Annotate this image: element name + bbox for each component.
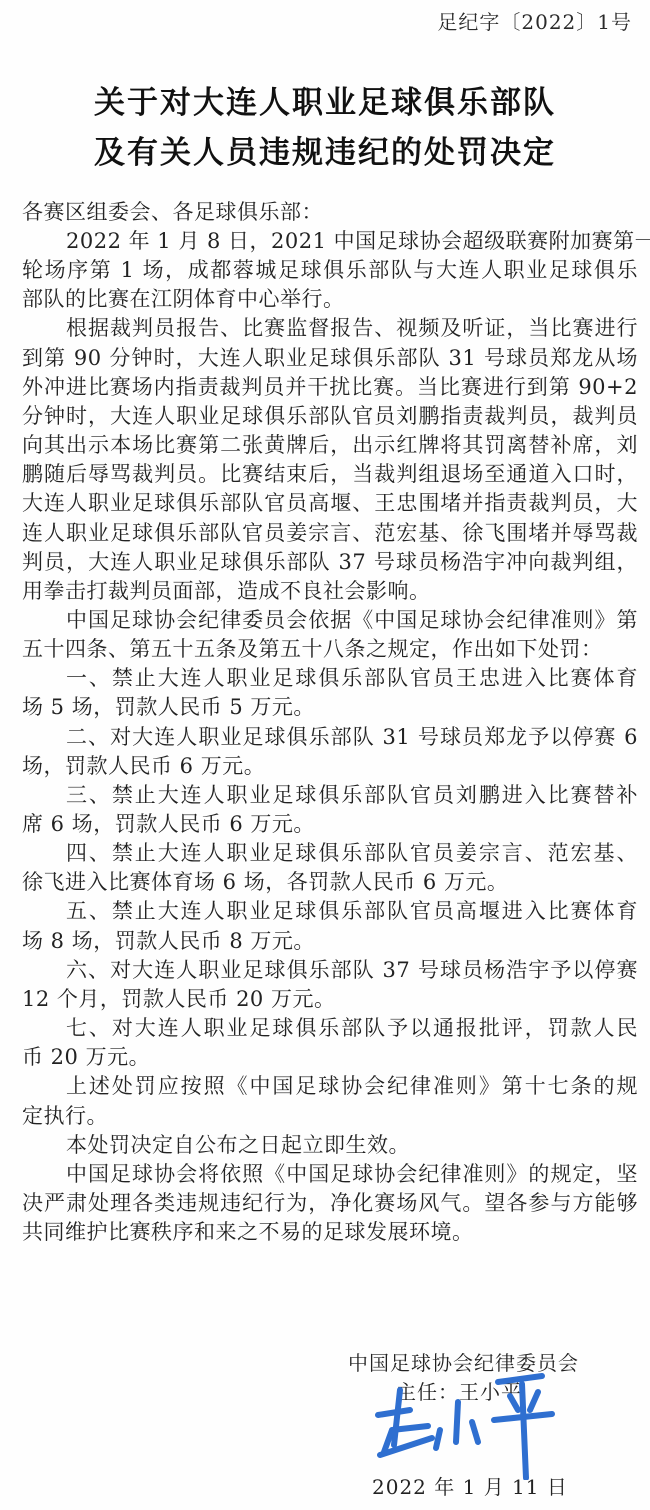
body-line: 中国足球协会将依照《中国足球协会纪律准则》的规定，坚: [66, 1160, 638, 1189]
salutation: 各赛区组委会、各足球俱乐部：: [22, 198, 638, 227]
body-line: 12 个月，罚款人民币 20 万元。: [22, 985, 638, 1014]
body-line: 分钟时，大连人职业足球俱乐部队官员刘鹏指责裁判员，裁判员: [22, 402, 638, 431]
body-line: 本处罚决定自公布之日起立即生效。: [66, 1131, 638, 1160]
body-line: 席 6 场，罚款人民币 6 万元。: [22, 810, 638, 839]
document-title-line-1: 关于对大连人职业足球俱乐部队: [0, 83, 650, 123]
body-line: 六、对大连人职业足球俱乐部队 37 号球员杨浩宇予以停赛: [66, 956, 638, 985]
body-line: 外冲进比赛场内指责裁判员并干扰比赛。当比赛进行到第 90+2: [22, 373, 638, 402]
document-number: 足纪字〔2022〕1号: [437, 8, 632, 36]
body-line: 根据裁判员报告、比赛监督报告、视频及听证，当比赛进行: [66, 314, 638, 343]
body-line: 上述处罚应按照《中国足球协会纪律准则》第十七条的规: [66, 1072, 638, 1101]
body-line: 向其出示本场比赛第二张黄牌后，出示红牌将其罚离替补席，刘: [22, 431, 638, 460]
body-line: 场，罚款人民币 6 万元。: [22, 752, 638, 781]
body-line: 场 8 场，罚款人民币 8 万元。: [22, 927, 638, 956]
body-line: 共同维护比赛秩序和来之不易的足球发展环境。: [22, 1218, 638, 1247]
signature-date: 2022 年 1 月 11 日: [372, 1473, 568, 1501]
body-line: 鹏随后辱骂裁判员。比赛结束后，当裁判组退场至通道入口时，: [22, 460, 638, 489]
body-line: 轮场序第 1 场，成都蓉城足球俱乐部队与大连人职业足球俱乐: [22, 256, 638, 285]
body-line: 五、禁止大连人职业足球俱乐部队官员高堰进入比赛体育: [66, 897, 638, 926]
body-line: 大连人职业足球俱乐部队官员高堰、王忠围堵并指责裁判员，大: [22, 489, 638, 518]
body-line: 到第 90 分钟时，大连人职业足球俱乐部队 31 号球员郑龙从场: [22, 344, 638, 373]
body-line: 五十四条、第五十五条及第五十八条之规定，作出如下处罚：: [22, 635, 638, 664]
body-line: 一、禁止大连人职业足球俱乐部队官员王忠进入比赛体育: [66, 664, 638, 693]
body-line: 三、禁止大连人职业足球俱乐部队官员刘鹏进入比赛替补: [66, 781, 638, 810]
body-line: 连人职业足球俱乐部队官员姜宗言、范宏基、徐飞围堵并辱骂裁: [22, 519, 638, 548]
body-line: 2022 年 1 月 8 日，2021 中国足球协会超级联赛附加赛第一: [66, 227, 638, 256]
document-title-line-2: 及有关人员违规违纪的处罚决定: [0, 133, 650, 173]
body-line: 判员，大连人职业足球俱乐部队 37 号球员杨浩宇冲向裁判组，: [22, 548, 638, 577]
body-line: 部队的比赛在江阴体育中心举行。: [22, 285, 638, 314]
body-line: 决严肃处理各类违规违纪行为，净化赛场风气。望各参与方能够: [22, 1189, 638, 1218]
body-line: 定执行。: [22, 1102, 638, 1131]
body-line: 用拳击打裁判员面部，造成不良社会影响。: [22, 577, 638, 606]
body-line: 七、对大连人职业足球俱乐部队予以通报批评，罚款人民: [66, 1014, 638, 1043]
body-line: 中国足球协会纪律委员会依据《中国足球协会纪律准则》第: [66, 606, 638, 635]
body-line: 二、对大连人职业足球俱乐部队 31 号球员郑龙予以停赛 6: [66, 723, 638, 752]
handwritten-signature: [370, 1370, 570, 1480]
body-line: 徐飞进入比赛体育场 6 场，各罚款人民币 6 万元。: [22, 868, 638, 897]
signature-stroke: [378, 1410, 410, 1415]
body-line: 场 5 场，罚款人民币 5 万元。: [22, 693, 638, 722]
body-line: 币 20 万元。: [22, 1043, 638, 1072]
body-line: 四、禁止大连人职业足球俱乐部队官员姜宗言、范宏基、: [66, 839, 638, 868]
document-page: 足纪字〔2022〕1号 关于对大连人职业足球俱乐部队 及有关人员违规违纪的处罚决…: [0, 0, 650, 1510]
